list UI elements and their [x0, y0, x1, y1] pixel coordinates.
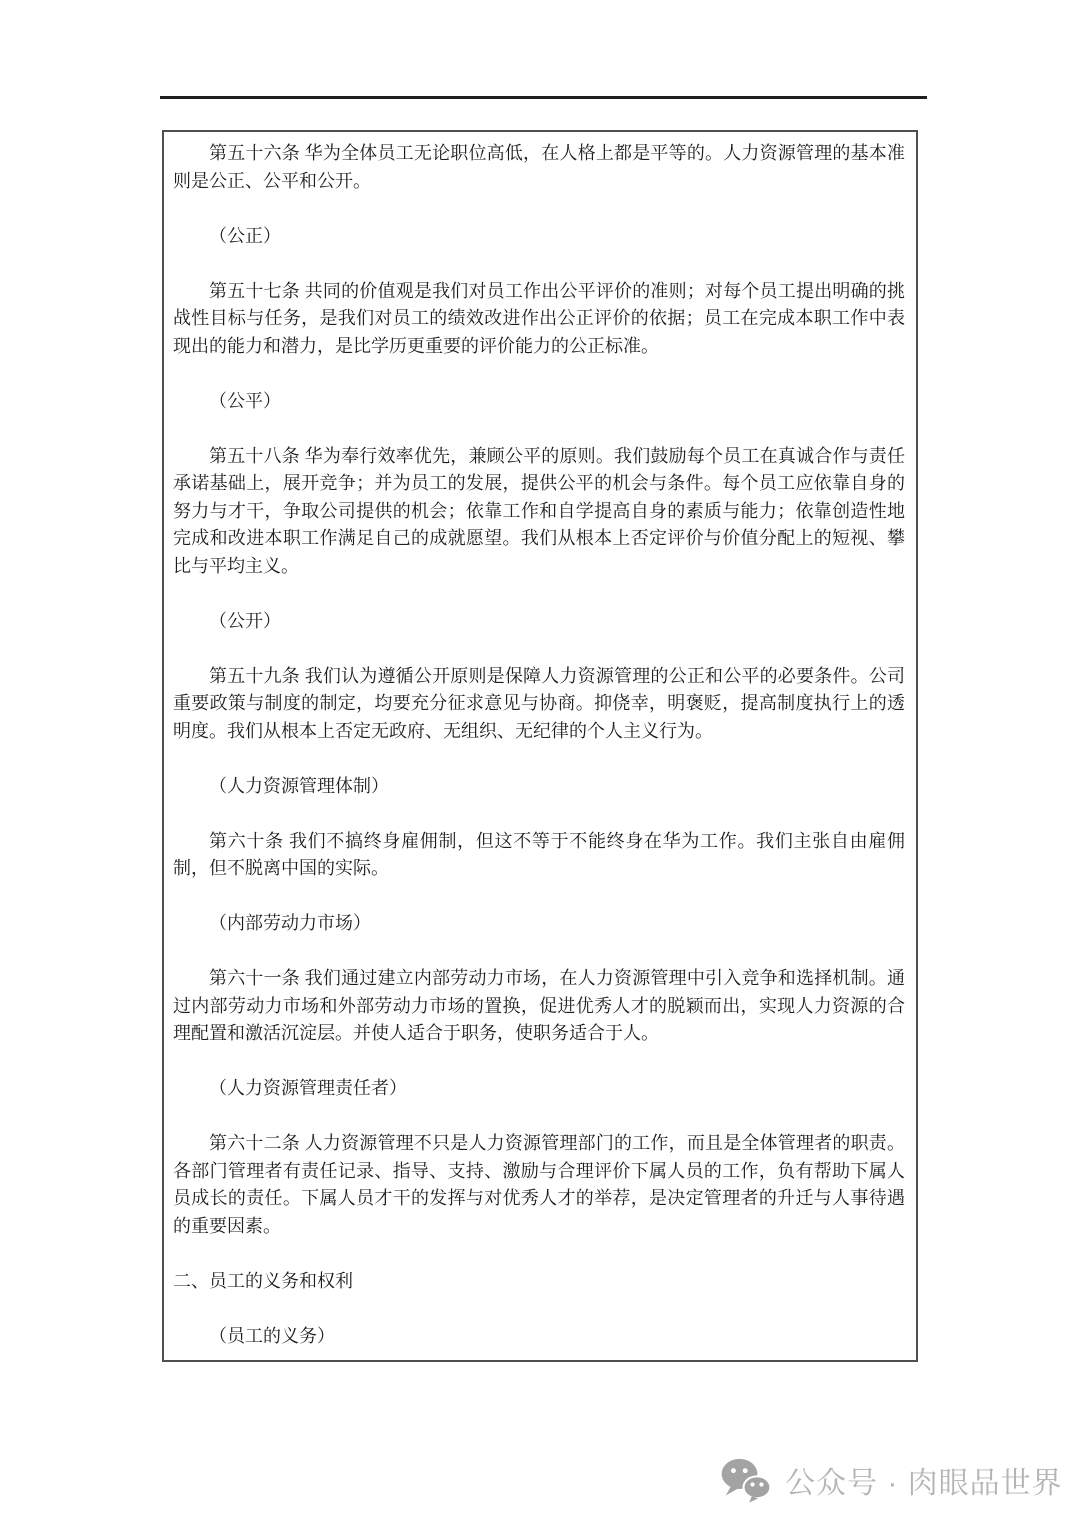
- section-label: （公开）: [173, 608, 905, 636]
- document-page: 第五十六条 华为全体员工无论职位高低，在人格上都是平等的。人力资源管理的基本准则…: [0, 0, 1080, 1528]
- watermark: 公众号 · 肉眼品世界: [720, 1456, 1063, 1504]
- paragraph: 第六十二条 人力资源管理不只是人力资源管理部门的工作，而且是全体管理者的职责。各…: [173, 1130, 905, 1240]
- section-label: （公正）: [173, 223, 905, 251]
- section-label: （员工的义务）: [173, 1323, 905, 1351]
- paragraph: 第五十七条 共同的价值观是我们对员工作出公平评价的准则；对每个员工提出明确的挑战…: [173, 278, 905, 361]
- document-text-box: 第五十六条 华为全体员工无论职位高低，在人格上都是平等的。人力资源管理的基本准则…: [162, 130, 918, 1362]
- paragraph: 二、员工的义务和权利: [173, 1268, 905, 1296]
- paragraph: 第五十六条 华为全体员工无论职位高低，在人格上都是平等的。人力资源管理的基本准则…: [173, 140, 905, 195]
- paragraph: 第六十一条 我们通过建立内部劳动力市场，在人力资源管理中引入竞争和选择机制。通过…: [173, 965, 905, 1048]
- section-label: （内部劳动力市场）: [173, 910, 905, 938]
- paragraph: 第六十条 我们不搞终身雇佣制，但这不等于不能终身在华为工作。我们主张自由雇佣制，…: [173, 828, 905, 883]
- wechat-icon: [720, 1457, 772, 1503]
- section-label: （人力资源管理责任者）: [173, 1075, 905, 1103]
- watermark-label: 公众号 · 肉眼品世界: [785, 1458, 1063, 1502]
- paragraph: 第五十八条 华为奉行效率优先，兼顾公平的原则。我们鼓励每个员工在真诚合作与责任承…: [173, 443, 905, 581]
- header-rule: [160, 96, 927, 99]
- paragraph: 第五十九条 我们认为遵循公开原则是保障人力资源管理的公正和公平的必要条件。公司重…: [173, 663, 905, 746]
- section-label: （人力资源管理体制）: [173, 773, 905, 801]
- section-label: （公平）: [173, 388, 905, 416]
